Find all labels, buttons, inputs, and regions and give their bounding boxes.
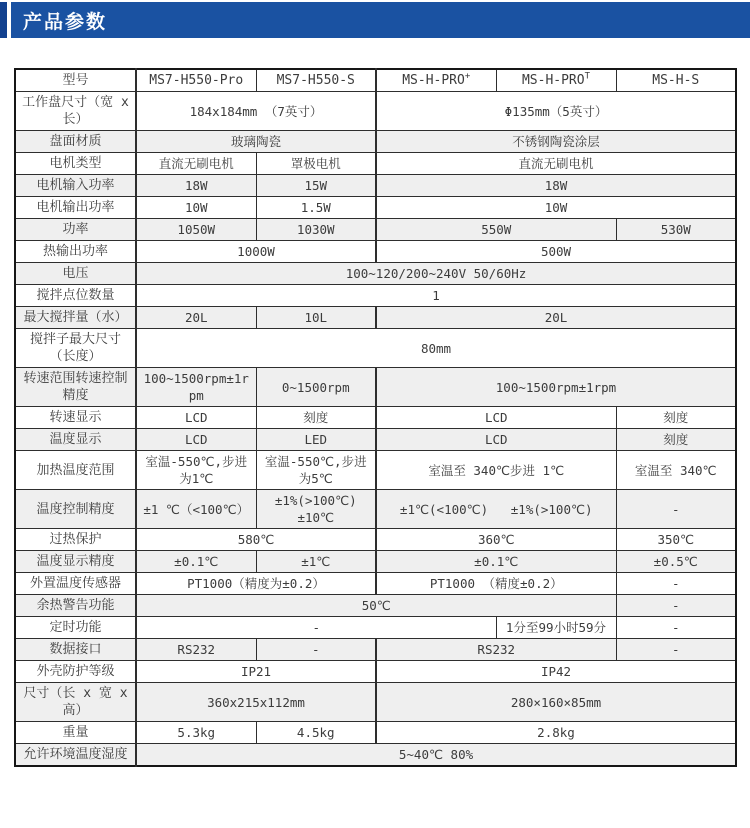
spec-cell: 580℃	[136, 529, 376, 551]
row-label: 外置温度传感器	[15, 573, 136, 595]
spec-cell: 1	[136, 285, 736, 307]
spec-row: 过热保护580℃360℃350℃	[15, 529, 736, 551]
spec-cell: 15W	[256, 175, 376, 197]
row-label: 加热温度范围	[15, 451, 136, 490]
spec-cell: 360x215x112mm	[136, 683, 376, 722]
spec-row: 搅拌点位数量1	[15, 285, 736, 307]
spec-cell: 5~40℃ 80%	[136, 744, 736, 767]
row-label: 重量	[15, 722, 136, 744]
spec-cell: 20L	[136, 307, 256, 329]
spec-cell: -	[616, 639, 736, 661]
spec-cell: 1030W	[256, 219, 376, 241]
spec-cell: 室温至 340℃	[616, 451, 736, 490]
spec-row: 盘面材质玻璃陶瓷不锈钢陶瓷涂层	[15, 131, 736, 153]
spec-table: 型号MS7-H550-ProMS7-H550-SMS-H-PRO+MS-H-PR…	[14, 68, 737, 767]
spec-cell: 玻璃陶瓷	[136, 131, 376, 153]
spec-cell: 50℃	[136, 595, 616, 617]
row-label: 温度显示精度	[15, 551, 136, 573]
row-label: 定时功能	[15, 617, 136, 639]
row-label: 搅拌子最大尺寸（长度）	[15, 329, 136, 368]
spec-cell: 10L	[256, 307, 376, 329]
row-label: 转速显示	[15, 407, 136, 429]
spec-cell: 1分至99小时59分	[496, 617, 616, 639]
section-header: 产品参数	[0, 2, 750, 38]
spec-cell: ±1%(>100℃) ±10℃	[256, 490, 376, 529]
spec-cell: LCD	[376, 429, 616, 451]
row-label: 余热警告功能	[15, 595, 136, 617]
spec-cell: MS7-H550-S	[256, 69, 376, 92]
spec-cell: 350℃	[616, 529, 736, 551]
spec-cell: Φ135mm（5英寸）	[376, 92, 736, 131]
spec-cell: LCD	[136, 429, 256, 451]
spec-cell: IP21	[136, 661, 376, 683]
spec-cell: -	[616, 573, 736, 595]
spec-cell: PT1000 （精度±0.2）	[376, 573, 616, 595]
spec-cell: ±1 ℃（<100℃）	[136, 490, 256, 529]
spec-row: 允许环境温度湿度5~40℃ 80%	[15, 744, 736, 767]
spec-row: 电机类型直流无刷电机罩极电机直流无刷电机	[15, 153, 736, 175]
spec-cell: 直流无刷电机	[136, 153, 256, 175]
spec-cell: 2.8kg	[376, 722, 736, 744]
row-label: 工作盘尺寸（宽 x 长）	[15, 92, 136, 131]
spec-cell: 1.5W	[256, 197, 376, 219]
spec-cell: MS-H-PRO+	[376, 69, 496, 92]
page: 产品参数 型号MS7-H550-ProMS7-H550-SMS-H-PRO+MS…	[0, 2, 750, 828]
row-label: 过热保护	[15, 529, 136, 551]
spec-cell: IP42	[376, 661, 736, 683]
spec-row: 转速显示LCD刻度LCD刻度	[15, 407, 736, 429]
spec-cell: ±1℃(<100℃) ±1%(>100℃)	[376, 490, 616, 529]
spec-cell: 18W	[376, 175, 736, 197]
row-label: 数据接口	[15, 639, 136, 661]
spec-cell: 罩极电机	[256, 153, 376, 175]
row-label: 型号	[15, 69, 136, 92]
spec-cell: 500W	[376, 241, 736, 263]
spec-row: 型号MS7-H550-ProMS7-H550-SMS-H-PRO+MS-H-PR…	[15, 69, 736, 92]
spec-row: 温度显示LCDLEDLCD刻度	[15, 429, 736, 451]
row-label: 温度显示	[15, 429, 136, 451]
spec-cell: -	[616, 490, 736, 529]
spec-row: 搅拌子最大尺寸（长度）80mm	[15, 329, 736, 368]
row-label: 尺寸（长 x 宽 x 高）	[15, 683, 136, 722]
spec-cell: PT1000（精度为±0.2）	[136, 573, 376, 595]
spec-row: 数据接口RS232-RS232-	[15, 639, 736, 661]
spec-cell: 184x184mm （7英寸）	[136, 92, 376, 131]
spec-row: 热输出功率1000W500W	[15, 241, 736, 263]
row-label: 电机类型	[15, 153, 136, 175]
spec-cell: 20L	[376, 307, 736, 329]
spec-row: 电压100~120/200~240V 50/60Hz	[15, 263, 736, 285]
spec-cell: LED	[256, 429, 376, 451]
spec-cell: 刻度	[616, 407, 736, 429]
spec-cell: 不锈钢陶瓷涂层	[376, 131, 736, 153]
spec-cell: MS-H-PROT	[496, 69, 616, 92]
spec-cell: 刻度	[256, 407, 376, 429]
row-label: 允许环境温度湿度	[15, 744, 136, 767]
row-label: 电机输入功率	[15, 175, 136, 197]
row-label: 搅拌点位数量	[15, 285, 136, 307]
header-accent-stripe	[0, 2, 7, 38]
spec-cell: -	[136, 617, 496, 639]
row-label: 转速范围转速控制精度	[15, 368, 136, 407]
spec-cell: 室温至 340℃步进 1℃	[376, 451, 616, 490]
spec-cell: 10W	[376, 197, 736, 219]
spec-cell: 100~1500rpm±1rpm	[376, 368, 736, 407]
spec-cell: LCD	[136, 407, 256, 429]
spec-cell: 80mm	[136, 329, 736, 368]
spec-cell: RS232	[136, 639, 256, 661]
spec-row: 温度控制精度±1 ℃（<100℃）±1%(>100℃) ±10℃±1℃(<100…	[15, 490, 736, 529]
spec-row: 电机输出功率10W1.5W10W	[15, 197, 736, 219]
spec-cell: 10W	[136, 197, 256, 219]
spec-cell: 4.5kg	[256, 722, 376, 744]
spec-cell: 530W	[616, 219, 736, 241]
spec-row: 功率1050W1030W550W530W	[15, 219, 736, 241]
spec-row: 外壳防护等级IP21IP42	[15, 661, 736, 683]
spec-cell: 100~120/200~240V 50/60Hz	[136, 263, 736, 285]
row-label: 功率	[15, 219, 136, 241]
spec-cell: 550W	[376, 219, 616, 241]
spec-row: 转速范围转速控制精度100~1500rpm±1rpm0~1500rpm100~1…	[15, 368, 736, 407]
spec-cell: ±0.5℃	[616, 551, 736, 573]
header-bar: 产品参数	[11, 2, 750, 38]
row-label: 电机输出功率	[15, 197, 136, 219]
spec-cell: -	[256, 639, 376, 661]
spec-cell: 室温-550℃,步进为1℃	[136, 451, 256, 490]
spec-cell: RS232	[376, 639, 616, 661]
spec-row: 余热警告功能50℃-	[15, 595, 736, 617]
spec-cell: -	[616, 617, 736, 639]
row-label: 最大搅拌量（水）	[15, 307, 136, 329]
spec-row: 外置温度传感器PT1000（精度为±0.2）PT1000 （精度±0.2）-	[15, 573, 736, 595]
spec-row: 尺寸（长 x 宽 x 高）360x215x112mm280×160×85mm	[15, 683, 736, 722]
spec-row: 重量5.3kg4.5kg2.8kg	[15, 722, 736, 744]
spec-cell: ±0.1℃	[136, 551, 256, 573]
row-label: 热输出功率	[15, 241, 136, 263]
spec-cell: ±1℃	[256, 551, 376, 573]
spec-cell: LCD	[376, 407, 616, 429]
row-label: 盘面材质	[15, 131, 136, 153]
spec-row: 定时功能-1分至99小时59分-	[15, 617, 736, 639]
spec-cell: ±0.1℃	[376, 551, 616, 573]
spec-cell: MS-H-S	[616, 69, 736, 92]
spec-row: 温度显示精度±0.1℃±1℃±0.1℃±0.5℃	[15, 551, 736, 573]
spec-row: 加热温度范围室温-550℃,步进为1℃室温-550℃,步进为5℃室温至 340℃…	[15, 451, 736, 490]
spec-cell: 280×160×85mm	[376, 683, 736, 722]
spec-row: 电机输入功率18W15W18W	[15, 175, 736, 197]
spec-cell: 360℃	[376, 529, 616, 551]
page-title: 产品参数	[11, 7, 107, 34]
model-superscript: T	[585, 72, 590, 82]
spec-cell: 1050W	[136, 219, 256, 241]
spec-cell: 5.3kg	[136, 722, 256, 744]
spec-row: 工作盘尺寸（宽 x 长）184x184mm （7英寸）Φ135mm（5英寸）	[15, 92, 736, 131]
spec-cell: MS7-H550-Pro	[136, 69, 256, 92]
row-label: 温度控制精度	[15, 490, 136, 529]
model-superscript: +	[465, 72, 470, 82]
spec-row: 最大搅拌量（水）20L10L20L	[15, 307, 736, 329]
spec-cell: -	[616, 595, 736, 617]
spec-cell: 18W	[136, 175, 256, 197]
row-label: 外壳防护等级	[15, 661, 136, 683]
spec-cell: 0~1500rpm	[256, 368, 376, 407]
spec-cell: 100~1500rpm±1rpm	[136, 368, 256, 407]
spec-cell: 直流无刷电机	[376, 153, 736, 175]
row-label: 电压	[15, 263, 136, 285]
spec-cell: 1000W	[136, 241, 376, 263]
spec-cell: 刻度	[616, 429, 736, 451]
spec-cell: 室温-550℃,步进为5℃	[256, 451, 376, 490]
